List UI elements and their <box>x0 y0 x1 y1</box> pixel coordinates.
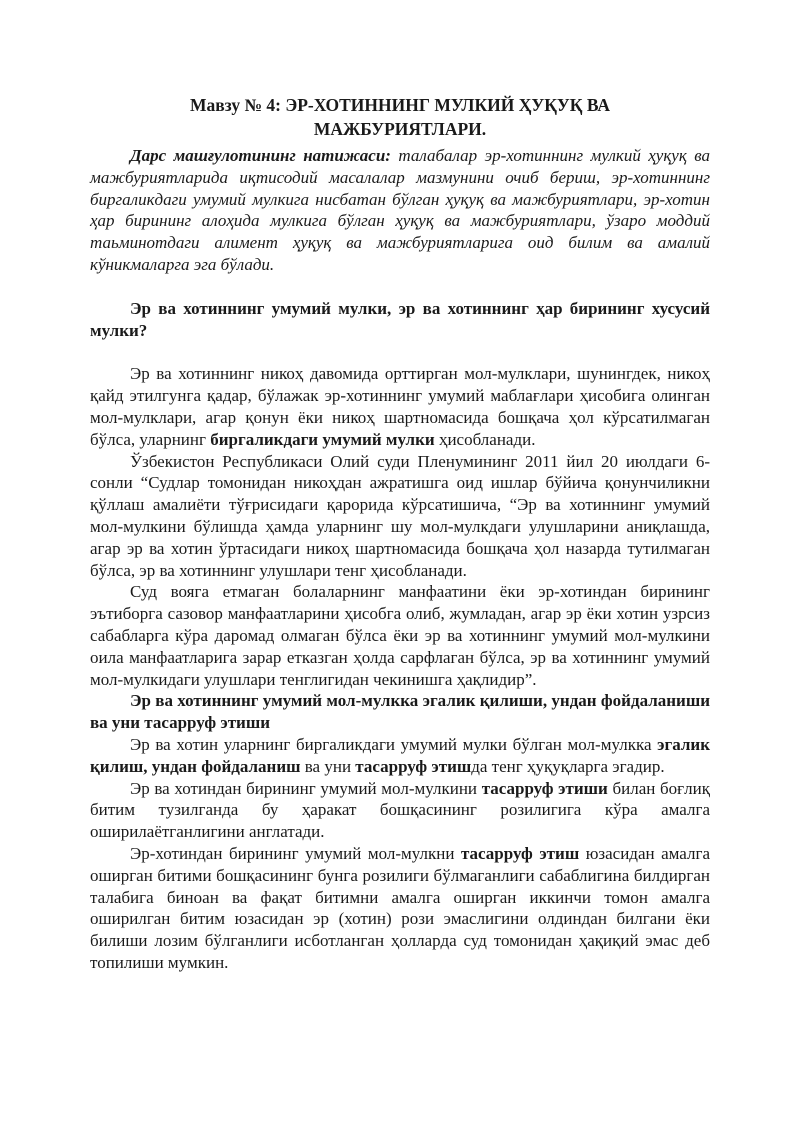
text-run: Ўзбекистон Республикаси Олий суди Пленум… <box>90 452 710 580</box>
text-run: ва уни <box>301 757 356 776</box>
text-run: талабалар эр-хотиннинг мулкий ҳуқуқ ва м… <box>90 146 710 274</box>
paragraph-spacer <box>90 341 710 363</box>
paragraph: Эр ва хотиннинг умумий мулки, эр ва хоти… <box>90 298 710 342</box>
text-run: Дарс машғулотининг натижаси: <box>130 146 398 165</box>
text-run: биргаликдаги умумий мулки <box>210 430 434 449</box>
text-run: тасарруф этиш <box>461 844 579 863</box>
text-run: Эр ва хотиннинг умумий мулки, эр ва хоти… <box>90 299 710 340</box>
document-title: Мавзу № 4: ЭР-ХОТИННИНГ МУЛКИЙ ҲУҚУҚ ВА … <box>165 93 635 141</box>
text-run: Эр-хотиндан бирининг умумий мол-мулкни <box>130 844 461 863</box>
text-run: Эр ва хотиннинг умумий мол-мулкка эгалик… <box>90 691 710 732</box>
document-body: Дарс машғулотининг натижаси: талабалар э… <box>90 145 710 974</box>
text-run: Суд вояга етмаган болаларнинг манфаатини… <box>90 582 710 688</box>
text-run: тасарруф этиш <box>355 757 471 776</box>
paragraph: Суд вояга етмаган болаларнинг манфаатини… <box>90 581 710 690</box>
text-run: юзасидан амалга оширган битими бошқасини… <box>90 844 710 972</box>
paragraph: Ўзбекистон Республикаси Олий суди Пленум… <box>90 451 710 582</box>
document-page: Мавзу № 4: ЭР-ХОТИННИНГ МУЛКИЙ ҲУҚУҚ ВА … <box>0 0 800 1131</box>
paragraph: Эр ва хотин уларнинг биргаликдаги умумий… <box>90 734 710 778</box>
text-run: тасарруф этиши <box>482 779 608 798</box>
paragraph: Эр ва хотиндан бирининг умумий мол-мулки… <box>90 778 710 843</box>
paragraph: Эр ва хотиннинг умумий мол-мулкка эгалик… <box>90 690 710 734</box>
text-run: да тенг ҳуқуқларга эгадир. <box>471 757 664 776</box>
paragraph: Дарс машғулотининг натижаси: талабалар э… <box>90 145 710 276</box>
text-run: Эр ва хотин уларнинг биргаликдаги умумий… <box>130 735 657 754</box>
text-run: Эр ва хотиндан бирининг умумий мол-мулки… <box>130 779 482 798</box>
paragraph: Эр ва хотиннинг никоҳ давомида орттирган… <box>90 363 710 450</box>
paragraph-spacer <box>90 276 710 298</box>
paragraph: Эр-хотиндан бирининг умумий мол-мулкни т… <box>90 843 710 974</box>
text-run: ҳисобланади. <box>435 430 536 449</box>
